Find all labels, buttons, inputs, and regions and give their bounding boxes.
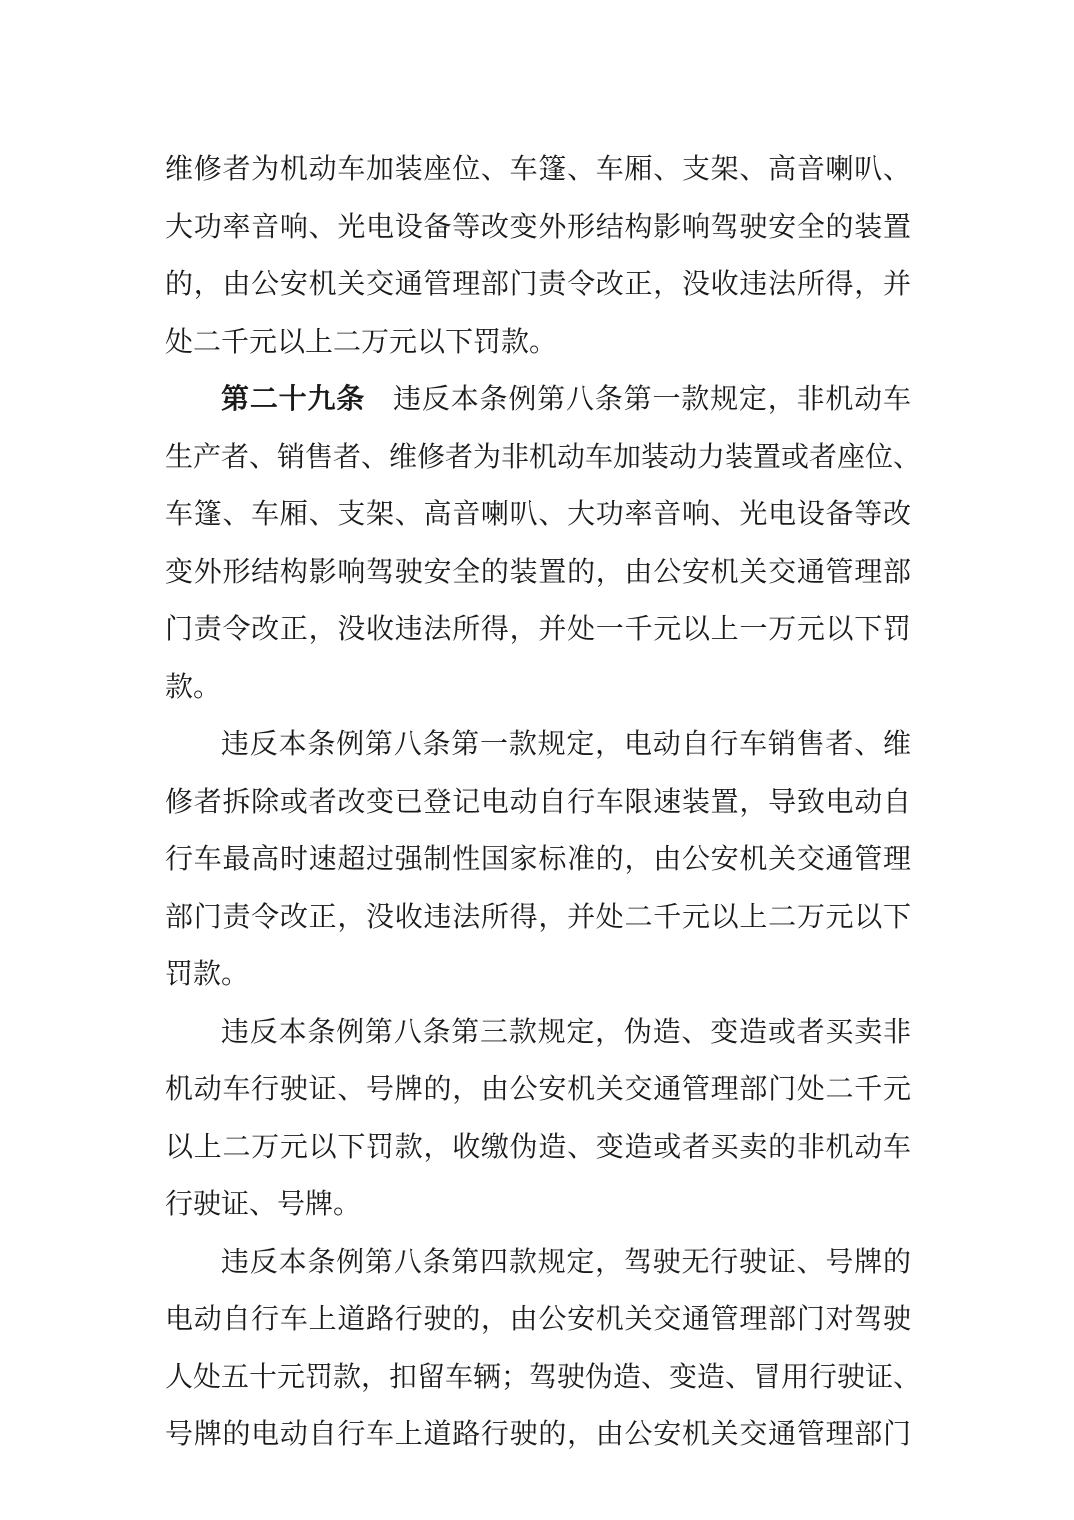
text-line: 维修者为机动车加装座位、车篷、车厢、支架、高音喇叭、	[165, 140, 911, 198]
text-line: 修者拆除或者改变已登记电动自行车限速装置，导致电动自	[165, 773, 911, 831]
text-line: 以上二万元以下罚款，收缴伪造、变造或者买卖的非机动车	[165, 1118, 911, 1176]
text-line: 人处五十元罚款，扣留车辆；驾驶伪造、变造、冒用行驶证、	[165, 1348, 911, 1406]
text-line: 车篷、车厢、支架、高音喇叭、大功率音响、光电设备等改	[165, 485, 911, 543]
paragraph: 违反本条例第八条第三款规定，伪造、变造或者买卖非 机动车行驶证、号牌的，由公安机…	[165, 1003, 911, 1233]
text-line: 大功率音响、光电设备等改变外形结构影响驾驶安全的装置	[165, 198, 911, 256]
text-line: 行车最高时速超过强制性国家标准的，由公安机关交通管理	[165, 830, 911, 888]
text-line-first: 第二十九条违反本条例第八条第一款规定，非机动车	[165, 370, 911, 428]
article-heading: 第二十九条	[221, 382, 365, 415]
text-segment: 违反本条例第八条第一款规定，非机动车	[393, 382, 911, 415]
text-line: 机动车行驶证、号牌的，由公安机关交通管理部门处二千元	[165, 1060, 911, 1118]
text-line: 款。	[165, 658, 911, 716]
text-line: 罚款。	[165, 945, 911, 1003]
document-page: 维修者为机动车加装座位、车篷、车厢、支架、高音喇叭、 大功率音响、光电设备等改变…	[165, 140, 911, 1463]
text-line: 电动自行车上道路行驶的，由公安机关交通管理部门对驾驶	[165, 1290, 911, 1348]
text-line-first: 违反本条例第八条第四款规定，驾驶无行驶证、号牌的	[165, 1233, 911, 1291]
text-line: 行驶证、号牌。	[165, 1175, 911, 1233]
paragraph-continues: 违反本条例第八条第四款规定，驾驶无行驶证、号牌的 电动自行车上道路行驶的，由公安…	[165, 1233, 911, 1463]
text-line: 变外形结构影响驾驶安全的装置的，由公安机关交通管理部	[165, 543, 911, 601]
text-line: 处二千元以上二万元以下罚款。	[165, 313, 911, 371]
text-line: 号牌的电动自行车上道路行驶的，由公安机关交通管理部门	[165, 1405, 911, 1463]
text-line: 生产者、销售者、维修者为非机动车加装动力装置或者座位、	[165, 428, 911, 486]
paragraph: 违反本条例第八条第一款规定，电动自行车销售者、维 修者拆除或者改变已登记电动自行…	[165, 715, 911, 1003]
article-29-paragraph: 第二十九条违反本条例第八条第一款规定，非机动车 生产者、销售者、维修者为非机动车…	[165, 370, 911, 715]
text-line-first: 违反本条例第八条第一款规定，电动自行车销售者、维	[165, 715, 911, 773]
text-line: 门责令改正，没收违法所得，并处一千元以上一万元以下罚	[165, 600, 911, 658]
text-line: 部门责令改正，没收违法所得，并处二千元以上二万元以下	[165, 888, 911, 946]
text-line: 的，由公安机关交通管理部门责令改正，没收违法所得，并	[165, 255, 911, 313]
text-line-first: 违反本条例第八条第三款规定，伪造、变造或者买卖非	[165, 1003, 911, 1061]
paragraph-continued: 维修者为机动车加装座位、车篷、车厢、支架、高音喇叭、 大功率音响、光电设备等改变…	[165, 140, 911, 370]
